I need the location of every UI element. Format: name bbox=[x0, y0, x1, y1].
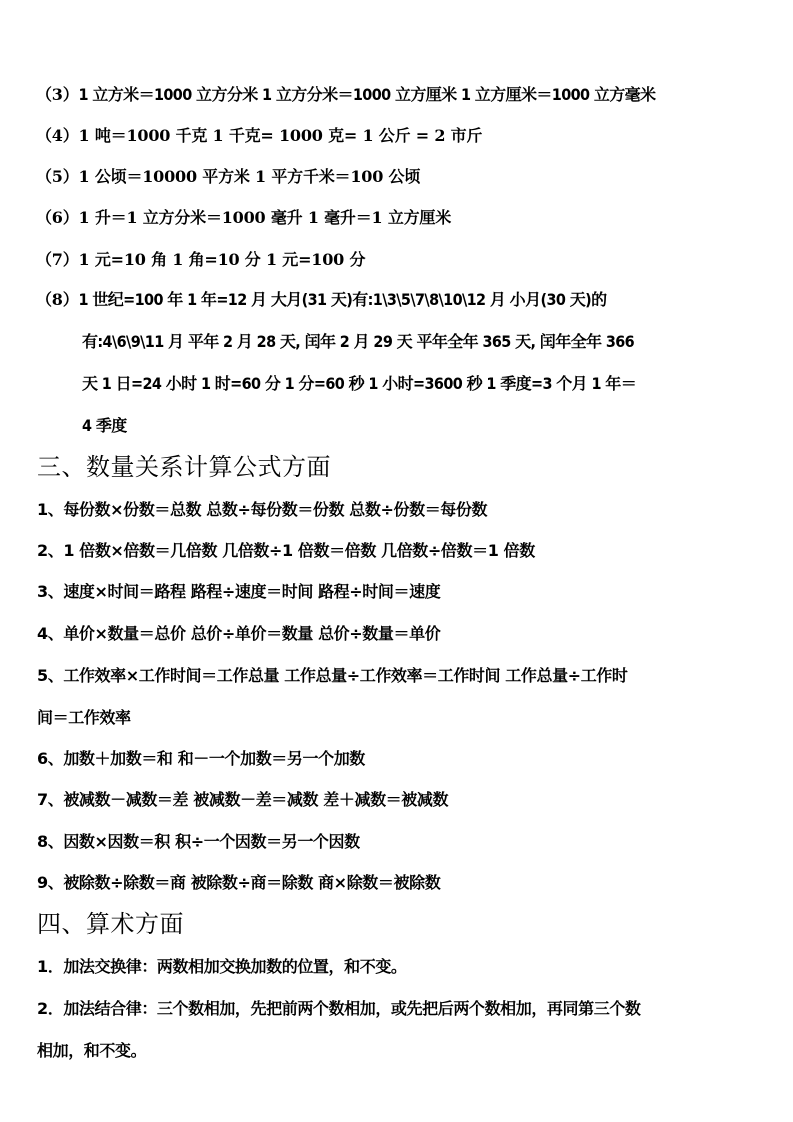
unit-item-8-line-2: 有:4\6\9\11 月 平年 2 月 28 天, 闰年 2 月 29 天 平年… bbox=[82, 332, 634, 352]
item-text: 1 升＝1 立方分米＝1000 毫升 1 毫升＝1 立方厘米 bbox=[79, 208, 452, 227]
item-text: 1 吨＝1000 千克 1 千克= 1000 克= 1 公斤 = 2 市斤 bbox=[79, 126, 483, 145]
unit-item-5: （5）1 公顷＝10000 平方米 1 平方千米＝100 公顷 bbox=[36, 167, 420, 187]
unit-item-7: （7）1 元=10 角 1 角=10 分 1 元=100 分 bbox=[36, 250, 365, 270]
unit-item-6: （6）1 升＝1 立方分米＝1000 毫升 1 毫升＝1 立方厘米 bbox=[36, 208, 451, 228]
unit-item-8-line-4: 4 季度 bbox=[82, 416, 127, 436]
arithmetic-item-2-line-2: 相加，和不变。 bbox=[37, 1041, 146, 1061]
unit-item-3: （3）1 立方米＝1000 立方分米 1 立方分米＝1000 立方厘米 1 立方… bbox=[36, 85, 655, 105]
formula-item-6: 6、加数＋加数＝和 和－一个加数＝另一个加数 bbox=[37, 749, 365, 769]
unit-item-8-line-3: 天 1 日=24 小时 1 时=60 分 1 分=60 秒 1 小时=3600 … bbox=[82, 374, 636, 394]
formula-item-5-line-1: 5、工作效率×工作时间＝工作总量 工作总量÷工作效率＝工作时间 工作总量÷工作时 bbox=[37, 666, 628, 686]
formula-item-4: 4、单价×数量＝总价 总价÷单价＝数量 总价÷数量＝单价 bbox=[37, 624, 440, 644]
item-text: 1 立方米＝1000 立方分米 1 立方分米＝1000 立方厘米 1 立方厘米＝… bbox=[79, 85, 656, 104]
item-label: （3） bbox=[36, 85, 79, 104]
formula-item-3: 3、速度×时间＝路程 路程÷速度＝时间 路程÷时间＝速度 bbox=[37, 582, 440, 602]
item-text: 1 世纪=100 年 1 年=12 月 大月(31 天)有:1\3\5\7\8\… bbox=[79, 290, 607, 309]
unit-item-4: （4）1 吨＝1000 千克 1 千克= 1000 克= 1 公斤 = 2 市斤 bbox=[36, 126, 482, 146]
formula-item-7: 7、被减数－减数＝差 被减数－差＝减数 差＋减数＝被减数 bbox=[37, 790, 448, 810]
item-text: 1 元=10 角 1 角=10 分 1 元=100 分 bbox=[79, 250, 366, 269]
formula-item-1: 1、每份数×份数＝总数 总数÷每份数＝份数 总数÷份数＝每份数 bbox=[37, 500, 487, 520]
section-three-heading: 三、数量关系计算公式方面 bbox=[37, 452, 331, 482]
formula-item-9: 9、被除数÷除数＝商 被除数÷商＝除数 商×除数＝被除数 bbox=[37, 873, 440, 893]
unit-item-8-line-1: （8）1 世纪=100 年 1 年=12 月 大月(31 天)有:1\3\5\7… bbox=[36, 290, 606, 310]
formula-item-2: 2、1 倍数×倍数＝几倍数 几倍数÷1 倍数＝倍数 几倍数÷倍数＝1 倍数 bbox=[37, 541, 535, 561]
arithmetic-item-2-line-1: 2．加法结合律：三个数相加，先把前两个数相加，或先把后两个数相加，再同第三个数 bbox=[37, 999, 641, 1019]
item-label: （8） bbox=[36, 290, 79, 309]
item-label: （7） bbox=[36, 250, 79, 269]
item-text: 1 公顷＝10000 平方米 1 平方千米＝100 公顷 bbox=[79, 167, 421, 186]
formula-item-5-line-2: 间＝工作效率 bbox=[37, 708, 131, 728]
item-label: （5） bbox=[36, 167, 79, 186]
item-label: （4） bbox=[36, 126, 79, 145]
formula-item-8: 8、因数×因数＝积 积÷一个因数＝另一个因数 bbox=[37, 832, 360, 852]
arithmetic-item-1: 1．加法交换律：两数相加交换加数的位置，和不变。 bbox=[37, 957, 407, 977]
item-label: （6） bbox=[36, 208, 79, 227]
section-four-heading: 四、算术方面 bbox=[37, 909, 184, 939]
